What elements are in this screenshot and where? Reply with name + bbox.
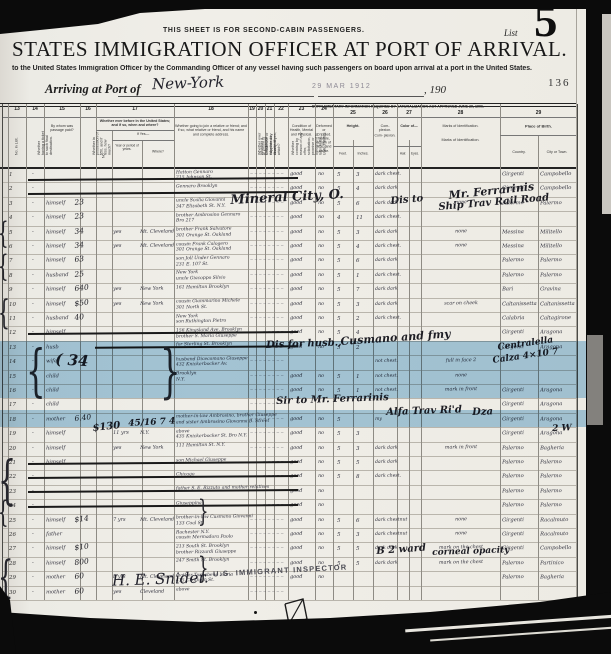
cell-passage-paid: father: [46, 531, 62, 537]
cell-row-number: 15: [9, 373, 16, 380]
cell-passage-paid: himself: [46, 300, 65, 306]
relative-line: son Ruthington Pietro: [176, 318, 242, 322]
cell-deformed: no: [318, 502, 324, 508]
cell-marks: none: [424, 530, 498, 537]
cell-marks: none: [424, 227, 498, 234]
cell-hair-eyes: dark dark: [375, 300, 398, 306]
cell-birth-city: Campobello: [540, 545, 571, 552]
grid-hline: [397, 146, 421, 147]
cell-passage-paid: himself: [46, 444, 65, 450]
handwritten-brace: {: [0, 252, 9, 282]
cell-birth-city: Campobello: [540, 185, 571, 192]
relative-line: uncle Giacoppo Silvio: [176, 275, 242, 279]
cell-height-inches: 1: [356, 272, 360, 279]
cell-health: good: [290, 516, 303, 522]
cell-birth-city: Palermo: [540, 459, 562, 465]
cell-marks: mark in front: [424, 386, 498, 393]
page-title: STATES IMMIGRATION OFFICER AT PORT OF AR…: [12, 37, 567, 62]
relative-line: 231 E. 107 St.: [176, 261, 242, 265]
cell-relative-address: Gennaro Brooklyn: [176, 184, 308, 190]
relative-line: son Michael Giuseppe: [176, 456, 242, 460]
relative-line: cousin Frank Calogero: [176, 240, 242, 244]
cell-birth-country: Messina: [502, 228, 524, 234]
column-header-21: Whether an Anarchist.: [269, 131, 277, 155]
cell-ever-in-us-where: New York: [140, 444, 164, 450]
cell-health: good: [290, 372, 303, 378]
cell-money: 23: [74, 211, 84, 221]
cell-birth-country: Palermo: [502, 257, 524, 263]
cell-money: $14: [74, 513, 89, 523]
relative-line: brother Ambrosino Gennaro: [176, 212, 242, 216]
cell-record-dittos: ‒ ‒ ‒ ‒ ‒ ‒ ‒ ‒: [250, 588, 284, 594]
cell-birth-country: Bari: [502, 286, 513, 292]
cell-relative-address: above: [176, 587, 308, 593]
column-number-21: 21: [265, 106, 274, 112]
cell-row-number: 3: [9, 200, 13, 207]
cell-relative-address: 111 Hamilton St. N.Y.: [176, 443, 308, 449]
cell-money: 23: [74, 197, 84, 207]
cell-relative-address: brother-in-law Cusmano Giovanni133 Coal …: [176, 515, 308, 527]
cell-birth-country: Girgenti: [502, 531, 524, 537]
grid-hline: [333, 146, 373, 147]
cell-hair-eyes: dark dark: [375, 228, 398, 234]
cell-height-inches: 3: [356, 445, 360, 452]
cell-record-dittos: ‒ ‒ ‒ ‒ ‒ ‒ ‒ ‒: [250, 530, 284, 536]
cell-health: good: [290, 416, 303, 422]
cell-record-dittos: ‒ ‒ ‒ ‒ ‒ ‒ ‒ ‒: [250, 444, 284, 450]
relative-line: Rochester N.Y.: [176, 528, 242, 532]
column-header-25: Height.: [334, 124, 372, 128]
cell-deformed: no: [318, 444, 324, 450]
ink-dot: [254, 611, 257, 614]
column-number-18: 18: [174, 106, 248, 112]
document-page: THIS SHEET IS FOR SECOND-CABIN PASSENGER…: [0, 0, 586, 624]
column-header-18: Whether going to join a relative or frie…: [175, 124, 247, 136]
cell-hair-eyes: my: [375, 416, 382, 422]
handwritten-brace: {: [26, 344, 46, 400]
relative-line: cousin Mermadora Paolo: [176, 534, 242, 538]
cell-height-feet: 5: [337, 517, 341, 524]
column-number-28: 28: [421, 110, 500, 116]
scanned-manifest-page: THIS SHEET IS FOR SECOND-CABIN PASSENGER…: [0, 0, 611, 654]
relative-line: brother Rizzardi Giuseppe: [176, 549, 242, 553]
cell-hair-eyes: dark dark: [375, 559, 398, 565]
cell-money: 63: [74, 254, 84, 264]
cell-birth-city: Caltanissetta: [540, 300, 575, 307]
column-header-29-country: Country.: [501, 150, 537, 154]
cell-passage-paid: himself: [46, 257, 65, 263]
cell-row-number: 25: [9, 517, 16, 524]
cell-deformed: no: [318, 473, 324, 479]
cell-height-inches: 11: [356, 214, 363, 221]
column-number-13: 13: [8, 106, 26, 112]
column-header-17-ifyes: If Yes—: [113, 132, 173, 136]
cell-ticket-mark: ·: [32, 200, 34, 207]
paper-edge-line: [576, 0, 577, 605]
cell-birth-country: Girgenti: [502, 387, 524, 393]
relative-line: cousin Giammarino Michele: [176, 298, 242, 302]
manifest-row: 8·husband25New Yorkuncle Giacoppo Silvio…: [0, 269, 577, 283]
cell-passage-paid: mother: [46, 574, 65, 580]
cell-row-number: 2: [9, 185, 13, 192]
cell-birth-city: Bagheria: [540, 574, 564, 580]
column-header-15: By whom was passage paid?: [45, 124, 79, 132]
cell-marks: none: [424, 515, 498, 522]
cell-height-feet: 5: [337, 301, 341, 308]
cell-relative-address: above435 Knickerbocker St. Bro N.Y.: [176, 429, 308, 441]
cell-deformed: no: [318, 300, 324, 306]
cell-height-inches: 5: [356, 459, 360, 466]
cell-birth-city: Palermo: [540, 271, 562, 277]
cell-height-feet: 5: [337, 531, 341, 538]
cell-money: $50: [74, 297, 89, 307]
cell-ticket-mark: ·: [32, 243, 34, 250]
column-header-27-eyes: Eyes.: [410, 152, 420, 156]
manifest-row: 7·himself63son Joll Under Gennaro231 E. …: [0, 254, 577, 268]
cell-height-feet: 5: [337, 545, 341, 552]
cell-row-number: 9: [9, 286, 13, 293]
cell-height-feet: 5: [337, 272, 341, 279]
cell-ever-in-us-where: Mt. Cleveland: [140, 242, 174, 248]
cell-birth-country: Palermo: [502, 559, 524, 565]
cell-height-inches: 3: [356, 531, 360, 538]
column-number-26: 26: [373, 110, 397, 116]
cell-record-dittos: ‒ ‒ ‒ ‒ ‒ ‒ ‒ ‒: [250, 314, 284, 320]
cell-passage-paid: husband: [46, 315, 69, 321]
cell-row-number: 13: [9, 344, 16, 351]
cell-birth-country: Girgenti: [502, 171, 524, 177]
column-number-23: 23: [288, 106, 315, 112]
cell-row-number: 14: [9, 358, 16, 365]
cell-ever-in-us-year: yes: [113, 444, 121, 450]
cell-birth-city: Palermo: [540, 487, 562, 493]
relative-line: Giuseppina: [176, 500, 242, 504]
cell-ever-in-us-where: New York: [140, 286, 164, 292]
cell-deformed: no: [318, 243, 324, 249]
cell-row-number: 10: [9, 301, 16, 308]
cell-ticket-mark: ·: [32, 272, 34, 279]
column-header-17: Whether ever before in the United States…: [97, 119, 173, 127]
year-suffix: , 190: [424, 84, 446, 96]
manifest-row: 4·himself23brother Ambrosino GennaroBro …: [0, 211, 577, 225]
relative-line: above: [176, 428, 242, 432]
relative-line: 111 Hamilton St. N.Y.: [176, 442, 242, 446]
cell-ever-in-us-year: yes: [113, 286, 121, 292]
cell-passage-paid: himself: [46, 430, 65, 436]
cell-birth-city: Caltagirone: [540, 314, 571, 321]
cell-row-number: 11: [9, 315, 16, 322]
cell-deformed: no: [318, 416, 324, 422]
column-number-19: 19: [248, 106, 256, 112]
cell-height-feet: 5: [337, 445, 341, 452]
manifest-row: 6·himself34yesMt. Clevelandcousin Frank …: [0, 240, 577, 254]
cell-deformed: no: [318, 488, 324, 494]
cell-record-dittos: ‒ ‒ ‒ ‒ ‒ ‒ ‒ ‒: [250, 415, 284, 421]
cell-health: good: [290, 300, 303, 306]
relative-line: 301 Orange St. Oakland: [176, 232, 242, 236]
cell-ticket-mark: ·: [32, 416, 34, 423]
cell-record-dittos: ‒ ‒ ‒ ‒ ‒ ‒ ‒ ‒: [250, 430, 284, 436]
column-header-28: Marks of Identification.: [422, 138, 499, 142]
cell-record-dittos: ‒ ‒ ‒ ‒ ‒ ‒ ‒ ‒: [250, 386, 284, 392]
relative-line: 133 Coal St.: [176, 520, 242, 524]
cell-hair-eyes: dark dark: [375, 185, 398, 191]
relative-line: Hatton Gennaro: [176, 168, 242, 172]
cell-marks: none: [424, 371, 498, 378]
cell-health: good: [290, 171, 303, 177]
cell-health: good: [290, 574, 303, 580]
manifest-row: 10·himself$50yesNew Yorkcousin Giammarin…: [0, 298, 577, 312]
cell-hair-eyes: dark chest.: [375, 315, 401, 321]
cell-birth-country: Caltanissetta: [502, 300, 537, 307]
cell-passage-paid: child: [46, 401, 59, 407]
manifest-row: 9·himself640yesNew York161 Hamilton Broo…: [0, 283, 577, 297]
cell-health: good: [290, 286, 303, 292]
cell-height-feet: 5: [337, 257, 341, 264]
cell-row-number: 12: [9, 329, 16, 336]
cell-deformed: no: [318, 387, 324, 393]
cell-record-dittos: ‒ ‒ ‒ ‒ ‒ ‒ ‒ ‒: [250, 545, 284, 551]
relative-line: 432 Knickerbocker Av.: [176, 361, 242, 365]
cell-health: good: [290, 228, 303, 234]
cell-birth-country: Palermo: [502, 271, 524, 277]
column-number-24: 24: [315, 106, 333, 112]
manifest-row: 15·childBrooklynN.Y.‒ ‒ ‒ ‒ ‒ ‒ ‒ ‒goodn…: [0, 370, 577, 384]
relative-line: mother-in-law Ambrosino, brother Giusepp…: [176, 413, 242, 417]
cell-money: 25: [74, 269, 84, 279]
cell-birth-country: Girgenti: [502, 430, 524, 436]
cell-deformed: no: [318, 516, 324, 522]
cell-relative-address: 247 Smith St. Brooklyn: [176, 558, 308, 564]
ink-annotation: 2 W: [552, 423, 572, 434]
cell-birth-city: Racalmuto: [540, 531, 568, 537]
cell-marks: mark on the chest: [424, 559, 498, 566]
column-header-13: No. in List.: [15, 131, 19, 155]
arrival-port-value: New-York: [152, 73, 225, 94]
column-header-25-feet: Feet.: [334, 152, 352, 156]
column-header-29-city: City or Town.: [539, 150, 575, 154]
cell-record-dittos: ‒ ‒ ‒ ‒ ‒ ‒ ‒ ‒: [250, 559, 284, 565]
cell-hair-eyes: dark dark: [375, 444, 398, 450]
relative-line: 301 North St.: [176, 304, 242, 308]
cell-birth-country: Palermo: [502, 487, 524, 493]
cell-hair-eyes: dark chest.: [375, 214, 401, 220]
cell-relative-address: brother Frank Salvatore301 Orange St. Oa…: [176, 227, 308, 239]
cell-marks: none: [424, 242, 498, 249]
cell-row-number: 7: [9, 257, 13, 264]
column-header-17-year: Year or period of years.: [113, 144, 141, 151]
cell-relative-address: 156 Kingsland Ave. Brooklynbrother S. Ma…: [176, 328, 308, 340]
cell-hair-eyes: dark dark: [375, 459, 398, 465]
cell-health: good: [290, 531, 303, 537]
cell-birth-city: Gravina: [540, 286, 561, 292]
cell-money: 6.40: [74, 412, 92, 423]
cell-hair-eyes: dark chestnut: [375, 516, 407, 522]
relative-line: and sister Ambrosino Giovanna B. Street: [176, 419, 242, 423]
cell-passage-paid: himself: [46, 214, 65, 220]
cell-passage-paid: husb: [46, 344, 59, 350]
cell-hair-eyes: dark chest.: [375, 473, 401, 479]
cell-record-dittos: ‒ ‒ ‒ ‒ ‒ ‒ ‒ ‒: [250, 286, 284, 292]
date-underline: [318, 96, 424, 97]
cell-hair-eyes: not chest.: [375, 358, 398, 364]
cell-height-inches: 6: [356, 517, 360, 524]
cell-birth-country: Palermo: [502, 459, 524, 465]
cell-health: good: [290, 430, 303, 436]
cell-money: 34: [74, 240, 84, 250]
cell-deformed: no: [318, 214, 324, 220]
cell-row-number: 1: [9, 171, 13, 178]
cell-row-number: 4: [9, 214, 13, 221]
relative-line: Gennaro Brooklyn: [176, 183, 242, 187]
cell-row-number: 19: [9, 430, 16, 437]
column-header-24: Deformed or Crippled. Nature, length of …: [316, 124, 332, 153]
column-number-14: 14: [26, 106, 44, 112]
cell-height-inches: 5: [356, 560, 360, 567]
arrival-underline: [118, 96, 314, 97]
handwritten-brace: {: [0, 498, 9, 528]
relative-line: brother-in-law Cusmano Giovanni: [176, 514, 242, 518]
cell-deformed: no: [318, 329, 324, 335]
cell-ticket-mark: ·: [32, 301, 34, 308]
cell-passage-paid: mother: [46, 588, 65, 594]
cell-birth-city: Campobello: [540, 170, 571, 177]
cell-health: good: [290, 315, 303, 321]
cell-ticket-mark: ·: [32, 560, 34, 567]
cell-height-feet: 5: [337, 243, 341, 250]
cell-birth-city: Palermo: [540, 257, 562, 263]
cell-height-feet: 5: [337, 473, 341, 480]
cell-row-number: 26: [9, 531, 16, 538]
cell-relative-address: BrooklynN.Y.: [176, 371, 308, 383]
relative-line: for Sterling St. Brooklyn: [176, 341, 242, 345]
cell-record-dittos: ‒ ‒ ‒ ‒ ‒ ‒ ‒ ‒: [250, 358, 284, 364]
manifest-row: 25·himself$147 yrsMt. Clevelandbrother-i…: [0, 514, 577, 528]
cell-record-dittos: ‒ ‒ ‒ ‒ ‒ ‒ ‒ ‒: [250, 214, 284, 220]
cell-row-number: 16: [9, 387, 16, 394]
cell-relative-address: brother Ambrosino GennaroBro 217: [176, 213, 308, 225]
cell-passage-paid: child: [46, 372, 59, 378]
manifest-row: 19·himself11 yrsN.Y.above435 Knickerbock…: [0, 427, 577, 441]
cell-deformed: no: [318, 430, 324, 436]
relative-line: 435 Knickerbocker St. Bro N.Y.: [176, 433, 242, 437]
cell-passage-paid: himself: [46, 516, 65, 522]
relative-line: brother Frank Salvatore: [176, 226, 242, 230]
cell-height-feet: 4: [337, 214, 341, 221]
column-header-27-hair: Hair.: [398, 152, 408, 156]
cell-ticket-mark: ·: [32, 257, 34, 264]
cell-passage-paid: mother: [46, 415, 65, 421]
cell-height-inches: 3: [356, 430, 360, 437]
cell-marks: scar on cheek: [424, 299, 498, 306]
cell-row-number: 5: [9, 229, 13, 236]
manifest-row: 11·husband40New Yorkson Ruthington Pietr…: [0, 312, 577, 326]
cell-marks: mark in front: [424, 443, 498, 450]
column-number-22: 22: [274, 106, 288, 112]
cell-relative-address: cousin Giammarino Michele301 North St.: [176, 299, 308, 311]
cell-health: good: [290, 272, 303, 278]
cell-hair-eyes: dark chestnut: [375, 530, 407, 536]
cell-ticket-mark: ·: [32, 589, 34, 596]
cell-passage-paid: himself: [46, 243, 65, 249]
cell-health: good: [290, 214, 303, 220]
manifest-row: 5·himself34yesMt. Clevelandbrother Frank…: [0, 226, 577, 240]
cell-birth-city: Palermo: [540, 473, 562, 479]
cell-row-number: 27: [9, 545, 16, 552]
handwritten-brace: }: [198, 497, 209, 527]
cell-record-dittos: ‒ ‒ ‒ ‒ ‒ ‒ ‒ ‒: [250, 228, 284, 234]
cell-record-dittos: ‒ ‒ ‒ ‒ ‒ ‒ ‒ ‒: [250, 271, 284, 277]
cell-record-dittos: ‒ ‒ ‒ ‒ ‒ ‒ ‒ ‒: [250, 516, 284, 522]
column-number-15: 15: [44, 106, 80, 112]
cell-ever-in-us-year: yes: [113, 228, 121, 234]
cell-passage-paid: himself: [46, 559, 65, 565]
cell-birth-country: Girgenti: [502, 401, 524, 407]
cell-hair-eyes: not chest.: [375, 372, 398, 378]
cell-relative-address: mother-in-law Ambrosino, brother Giusepp…: [176, 414, 308, 426]
cell-passage-paid: husband: [46, 271, 69, 277]
cell-row-number: 8: [9, 272, 13, 279]
cell-birth-city: Militello: [540, 228, 562, 234]
cell-birth-city: Militello: [540, 243, 562, 249]
cell-hair-eyes: dark chest.: [375, 243, 401, 249]
cell-birth-country: Girgenti: [502, 329, 524, 335]
arrival-port-label: Arriving at Port of: [45, 82, 141, 97]
cell-hair-eyes: dark chest.: [375, 271, 401, 277]
cell-height-inches: 4: [356, 243, 360, 250]
cell-height-feet: 5: [337, 373, 341, 380]
column-number-16: 16: [80, 106, 96, 112]
cell-height-feet: 5: [337, 286, 341, 293]
cell-row-number: 18: [9, 416, 16, 423]
cell-deformed: no: [318, 228, 324, 234]
cell-birth-country: Palermo: [502, 574, 524, 580]
cell-health: good: [290, 243, 303, 249]
cell-hair-eyes: dark dark: [375, 286, 398, 292]
adjacent-page-sliver: [602, 14, 611, 214]
cell-ticket-mark: ·: [32, 574, 34, 581]
cell-height-inches: 6: [356, 257, 360, 264]
cell-height-inches: 6: [356, 200, 360, 207]
cell-money: 640: [74, 283, 89, 293]
cell-ticket-mark: ·: [32, 430, 34, 437]
column-header-28: Marks of Identification.: [422, 124, 499, 128]
cell-height-feet: 5: [337, 387, 341, 394]
adjacent-page-patch: [587, 335, 603, 425]
column-header-26: Com- plexion.: [374, 124, 396, 132]
column-number-25: 25: [333, 110, 373, 116]
column-number-17: 17: [96, 106, 174, 112]
column-number-27: 27: [397, 110, 421, 116]
cell-money: 800: [74, 556, 89, 566]
cell-money: 60: [74, 586, 84, 596]
column-header-14: Whether having a ticket to such final de…: [37, 131, 53, 155]
cell-height-feet: 5: [337, 315, 341, 322]
cell-birth-city: Partinico: [540, 559, 564, 565]
cell-passage-paid: himself: [46, 228, 65, 234]
cell-row-number: 6: [9, 243, 13, 250]
cell-ever-in-us-year: 7 yrs: [113, 516, 126, 522]
cell-record-dittos: ‒ ‒ ‒ ‒ ‒ ‒ ‒ ‒: [250, 372, 284, 378]
relative-line: Bro 217: [176, 217, 242, 221]
cell-record-dittos: ‒ ‒ ‒ ‒ ‒ ‒ ‒ ‒: [250, 257, 284, 263]
cell-birth-country: Palermo: [502, 473, 524, 479]
relative-line: 301 Orange St. Oakland: [176, 246, 242, 250]
relative-line: Chicago: [176, 471, 242, 475]
cell-record-dittos: ‒ ‒ ‒ ‒ ‒ ‒ ‒ ‒: [250, 242, 284, 248]
handwritten-brace: {: [0, 296, 10, 330]
cell-ever-in-us-where: Cleveland: [140, 588, 164, 594]
